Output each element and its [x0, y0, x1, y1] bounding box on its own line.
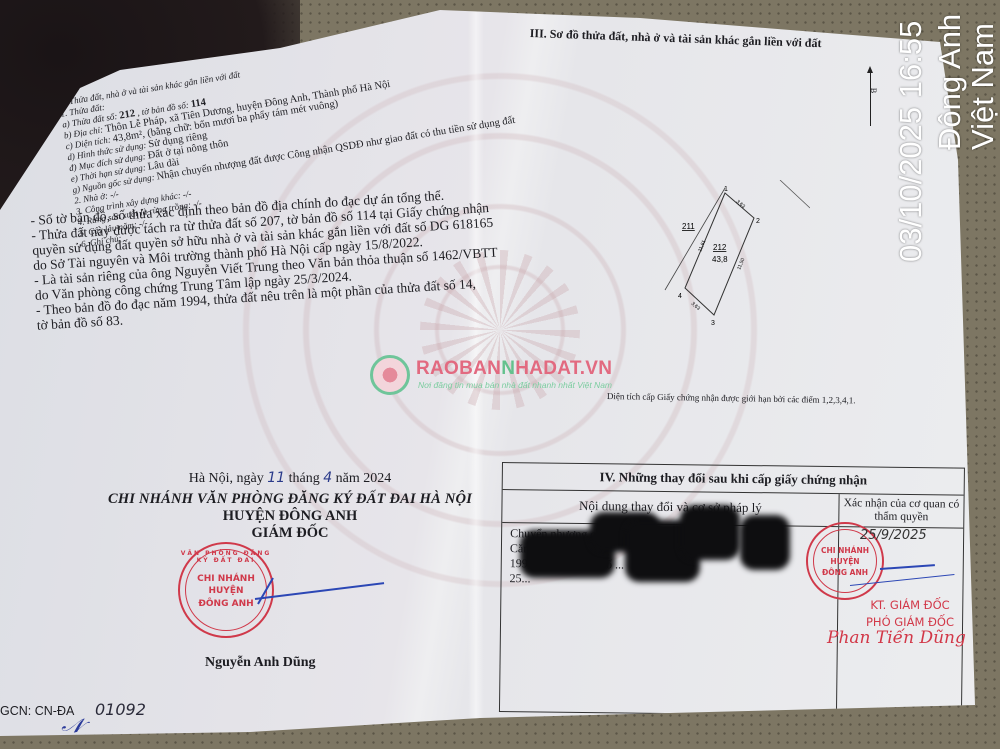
stamp-text: HUYỆN	[808, 557, 882, 566]
point-label: 1	[724, 186, 728, 193]
month-label: tháng	[289, 471, 320, 486]
date-prefix: Hà Nội, ngày	[189, 471, 264, 486]
changes-table: IV. Những thay đổi sau khi cấp giấy chứn…	[499, 462, 965, 718]
issuer-role: GIÁM ĐỐC	[80, 525, 500, 542]
point-label: 3	[711, 320, 715, 327]
confirm-date: 25/9/2025	[860, 528, 927, 543]
issuer-signature-block: Hà Nội, ngày 11 tháng 4 năm 2024 CHI NHÁ…	[80, 470, 500, 542]
north-arrow-icon	[870, 70, 871, 126]
point-label: 2	[756, 218, 760, 225]
confirm-role: KT. GIÁM ĐỐC PHÓ GIÁM ĐỐC	[840, 597, 980, 631]
edge-length: 11,61	[697, 239, 707, 253]
watermark-tagline: Nơi đăng tin mua bán nhà đất nhanh nhất …	[418, 380, 612, 390]
photo-timestamp: 03/10/2025 16:55	[893, 21, 929, 262]
gcn-number: 01092	[95, 700, 146, 719]
item-value: -/-	[109, 189, 119, 200]
issuer-signer-name: Nguyễn Anh Dũng	[205, 655, 316, 671]
parcel-area: 43,8	[712, 255, 728, 264]
issuer-org: CHI NHÁNH VĂN PHÒNG ĐĂNG KÝ ĐẤT ĐAI HÀ N…	[80, 491, 500, 508]
issuer-district: HUYỆN ĐÔNG ANH	[80, 508, 500, 525]
photo-location-line2: Việt Nam	[965, 23, 1000, 150]
year-label: năm 2024	[336, 471, 392, 486]
edge-length: 3,63	[735, 199, 746, 210]
parcel-number: 212	[713, 243, 727, 252]
stamp-text: HUYỆN	[180, 586, 272, 596]
brand-part: HADAT.VN	[515, 358, 612, 379]
plot-caption: Diện tích cấp Giấy chứng nhận được giới …	[607, 391, 856, 405]
watermark-brand: RAOBANNHADAT.VN	[416, 358, 612, 380]
stamp-ring-text: VĂN PHÒNG ĐĂNG KÝ ĐẤT ĐAI	[180, 550, 272, 564]
confirm-signer: Phan Tiến Dũng	[827, 628, 966, 648]
item-value: -/-	[182, 188, 192, 199]
stamp-text: CHI NHÁNH	[808, 546, 882, 555]
issue-date: Hà Nội, ngày 11 tháng 4 năm 2024	[80, 470, 500, 487]
stamp-text: ĐÔNG ANH	[808, 568, 882, 577]
brand-part: RAOBAN	[416, 358, 501, 379]
point-label: 4	[678, 293, 682, 300]
brand-part: N	[501, 358, 515, 379]
redaction-blot	[680, 505, 740, 560]
section-3-title: III. Sơ đồ thửa đất, nhà ở và tài sản kh…	[529, 26, 821, 51]
edge-length: 11,50	[736, 257, 746, 271]
confirm-role-line: KT. GIÁM ĐỐC	[840, 597, 980, 614]
edge-length: 3,63	[690, 301, 701, 312]
official-stamp-left: VĂN PHÒNG ĐĂNG KÝ ĐẤT ĐAI CHI NHÁNH HUYỆ…	[178, 542, 274, 638]
neighbor-parcel: 211	[682, 222, 695, 231]
north-label: B	[869, 88, 878, 93]
site-watermark: RAOBANNHADAT.VN Nơi đăng tin mua bán nhà…	[370, 355, 690, 395]
notes-block: - Số tờ bản đồ, số thửa xác định theo bả…	[30, 189, 437, 333]
issue-day: 11	[267, 470, 285, 486]
redaction-blot	[740, 515, 790, 570]
building-logo-icon	[370, 355, 410, 395]
photo-location-line1: Đông Anh	[932, 14, 968, 150]
issue-month: 4	[323, 470, 332, 486]
signature-stroke	[255, 582, 384, 600]
stamp-text: CHI NHÁNH	[180, 574, 272, 584]
plot-diagram: 1 2 3 4 3,63 11,50 3,63 11,61 212 43,8 2…	[660, 180, 810, 330]
certificate-document: II. Thửa đất, nhà ở và tài sản khác gắn …	[0, 0, 1000, 749]
